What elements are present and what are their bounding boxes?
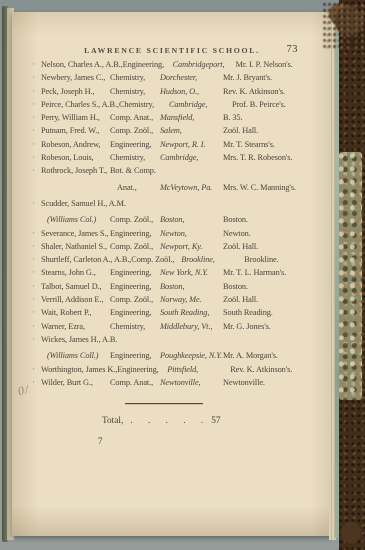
pencil-checkmark: · — [32, 376, 41, 389]
entry-field: Engineering, — [110, 266, 160, 279]
entry-place: New York, N.Y. — [160, 266, 223, 279]
roster-entry: · Verrill, Addison E., Comp. Zoöl., Norw… — [32, 293, 324, 306]
entry-residence: Rev. K. Atkinson's. — [230, 363, 324, 376]
entry-name: Robeson, Andrew, — [41, 138, 110, 151]
entry-place: Newton, — [160, 227, 223, 240]
entry-place: Hudson, O., — [160, 85, 223, 98]
entry-field: Anat., — [110, 181, 160, 194]
roster-entry: · Perry, William H., Comp. Anat., Mansfi… — [32, 111, 324, 124]
entry-residence: Newtonville. — [223, 376, 324, 389]
pencil-checkmark: · — [32, 85, 41, 98]
worn-cover-bottom-corner — [340, 519, 364, 549]
roster-entry: · Severance, James S., Engineering, Newt… — [32, 227, 324, 240]
student-roster: · Nelson, Charles A., A.B., Engineering,… — [32, 58, 324, 389]
entry-name: Robeson, Louis, — [41, 151, 110, 164]
entry-residence: Boston. — [223, 213, 324, 226]
entry-residence: Newton. — [223, 227, 324, 240]
entry-field: Chemistry, — [119, 98, 169, 111]
entry-residence: Mr. I. P. Nelson's. — [236, 58, 324, 71]
entry-name: Talbot, Samuel D., — [41, 280, 110, 293]
entry-name: (Williams Coll.) — [41, 349, 110, 362]
roster-entry: · Wilder, Burt G., Comp. Anat., Newtonvi… — [32, 376, 324, 389]
roster-entry: · Shurtleff, Carleton A., A.B., Comp. Zo… — [32, 253, 324, 266]
entry-place: Boston, — [160, 213, 223, 226]
entry-residence: Boston. — [223, 280, 324, 293]
entry-name: Wilder, Burt G., — [41, 376, 110, 389]
roster-entry: · Talbot, Samuel D., Engineering, Boston… — [32, 280, 324, 293]
pencil-checkmark — [32, 213, 41, 226]
leather-speckle-texture — [323, 2, 365, 50]
entry-name: Verrill, Addison E., — [41, 293, 110, 306]
roster-entry: · Stearns, John G., Engineering, New Yor… — [32, 266, 324, 279]
roster-entry: · Rothrock, Joseph T., Bot. & Comp. — [32, 164, 324, 177]
entry-place: Boston, — [160, 280, 223, 293]
entry-name: Nelson, Charles A., A.B., — [41, 58, 123, 71]
entry-place: Brookline, — [181, 253, 244, 266]
entry-residence: Zoöl. Hall. — [223, 240, 324, 253]
entry-field: Comp. Zoöl., — [110, 124, 160, 137]
roster-entry: · Warner, Ezra, Chemistry, Middlebury, V… — [32, 320, 324, 333]
roster-entry: · Putnam, Fred. W., Comp. Zoöl., Salem, … — [32, 124, 324, 137]
entry-field — [117, 333, 167, 346]
entry-field: Engineering, — [110, 349, 160, 362]
pencil-checkmark: · — [32, 151, 41, 164]
entry-name: Wait, Robert P., — [41, 306, 110, 319]
entry-residence: Mr. T. L. Harman's. — [223, 266, 324, 279]
entry-place: Poughkeepsie, N.Y. — [160, 349, 223, 362]
roster-entry: · Robeson, Andrew, Engineering, Newport,… — [32, 138, 324, 151]
entry-place: Dorchester, — [160, 71, 223, 84]
page-number: 73 — [287, 44, 299, 55]
entry-place: Salem, — [160, 124, 223, 137]
entry-place: Mansfield, — [160, 111, 223, 124]
entry-field: Chemistry, — [110, 151, 160, 164]
entry-place: Cambridgeport, — [173, 58, 236, 71]
entry-name: Warner, Ezra, — [41, 320, 110, 333]
pencil-checkmark: · — [32, 227, 41, 240]
total-rule — [125, 403, 203, 404]
pencil-checkmark: · — [32, 363, 41, 376]
entry-place: South Reading, — [160, 306, 223, 319]
entry-residence: Zoöl. Hall. — [223, 293, 324, 306]
entry-field: Chemistry, — [110, 71, 160, 84]
entry-place: Norway, Me. — [160, 293, 223, 306]
entry-name: Stearns, John G., — [41, 266, 110, 279]
entry-residence: Prof. B. Peirce's. — [232, 98, 324, 111]
entry-place: McVeytown, Pa. — [160, 181, 223, 194]
entry-name: Severance, James S., — [41, 227, 110, 240]
book-cover-right-edge — [339, 0, 365, 550]
pencil-checkmark: · — [32, 197, 41, 210]
entry-place: Newport, R. I. — [160, 138, 223, 151]
pencil-checkmark: · — [32, 320, 41, 333]
entry-name — [41, 181, 110, 194]
roster-entry: · Wickes, James H., A.B. — [32, 333, 324, 346]
roster-entry: · Wait, Robert P., Engineering, South Re… — [32, 306, 324, 319]
entry-residence: South Reading. — [223, 306, 324, 319]
pencil-checkmark: · — [32, 124, 41, 137]
roster-entry: (Williams Col.) Comp. Zoöl., Boston, Bos… — [32, 213, 324, 226]
worn-cover-corner — [323, 2, 365, 50]
entry-residence: B. 35. — [223, 111, 324, 124]
pencil-checkmark: · — [32, 58, 41, 71]
handwritten-pencil-note: 0/ — [16, 382, 31, 399]
entry-name: Perry, William H., — [41, 111, 110, 124]
entry-field: Bot. & Comp. — [110, 164, 160, 177]
entry-residence — [223, 164, 324, 177]
entry-field: Engineering, — [110, 227, 160, 240]
entry-name: Wickes, James H., A.B. — [41, 333, 117, 346]
scan-background: LAWRENCE SCIENTIFIC SCHOOL. 73 · Nelson,… — [0, 0, 365, 550]
pencil-checkmark: · — [32, 293, 41, 306]
entry-field: Comp. Zoöl., — [110, 293, 160, 306]
dot-leader: . . . . . — [123, 416, 211, 426]
roster-entry: · Shaler, Nathaniel S., Comp. Zoöl., New… — [32, 240, 324, 253]
entry-residence: Mr. G. Jones's. — [223, 320, 324, 333]
entry-field: Engineering, — [110, 280, 160, 293]
running-title: LAWRENCE SCIENTIFIC SCHOOL. — [12, 46, 332, 55]
entry-residence: Zoöl. Hall. — [223, 124, 324, 137]
pencil-checkmark: · — [32, 164, 41, 177]
roster-entry: · Scudder, Samuel H., A.M. — [32, 197, 324, 210]
entry-place: Pittsfield, — [167, 363, 230, 376]
entry-place — [176, 197, 239, 210]
pencil-checkmark: · — [32, 306, 41, 319]
entry-place: Cambridge, — [169, 98, 232, 111]
entry-name: Peirce, Charles S., A.B., — [41, 98, 119, 111]
entry-name: Shaler, Nathaniel S., — [41, 240, 110, 253]
roster-entry: · Peck, Joseph H., Chemistry, Hudson, O.… — [32, 85, 324, 98]
roster-entry: (Williams Coll.) Engineering, Poughkeeps… — [32, 349, 324, 362]
entry-field: Chemistry, — [110, 320, 160, 333]
roster-entry: Anat., McVeytown, Pa. Mrs. W. C. Manning… — [32, 181, 324, 194]
entry-name: (Williams Col.) — [41, 213, 110, 226]
entry-field: Comp. Anat., — [110, 376, 160, 389]
entry-residence: Mr. T. Stearns's. — [223, 138, 324, 151]
pencil-checkmark: · — [32, 253, 41, 266]
pencil-checkmark: · — [32, 333, 41, 346]
entry-residence: Mr. A. Morgan's. — [223, 349, 324, 362]
entry-residence: Mrs. W. C. Manning's. — [223, 181, 324, 194]
entry-name: Putnam, Fred. W., — [41, 124, 110, 137]
roster-entry: · Robeson, Louis, Chemistry, Cambridge, … — [32, 151, 324, 164]
book-page: LAWRENCE SCIENTIFIC SCHOOL. 73 · Nelson,… — [12, 12, 332, 536]
entry-place — [167, 333, 230, 346]
marbled-paper-texture — [339, 152, 362, 400]
entry-residence — [230, 333, 324, 346]
entry-field: Engineering, — [110, 138, 160, 151]
total-label: Total, — [102, 416, 123, 426]
pencil-checkmark: · — [32, 138, 41, 151]
total-value: 57 — [211, 416, 220, 426]
signature-mark: 7 — [98, 436, 103, 446]
roster-entry: · Worthington, James K., Engineering, Pi… — [32, 363, 324, 376]
pencil-checkmark: · — [32, 240, 41, 253]
pencil-checkmark: · — [32, 280, 41, 293]
entry-field: Comp. Zoöl., — [110, 240, 160, 253]
entry-field: Engineering, — [110, 306, 160, 319]
entry-name: Worthington, James K., — [41, 363, 117, 376]
entry-field: Comp. Zoöl., — [110, 213, 160, 226]
entry-field: Engineering, — [123, 58, 173, 71]
pencil-checkmark: · — [32, 266, 41, 279]
entry-residence: Mrs. T. R. Robeson's. — [223, 151, 324, 164]
pencil-checkmark: · — [32, 111, 41, 124]
entry-residence: Mr. J. Bryant's. — [223, 71, 324, 84]
total-line: Total, . . . . . 57 — [102, 416, 221, 426]
roster-entry: · Nelson, Charles A., A.B., Engineering,… — [32, 58, 324, 71]
pencil-checkmark: · — [32, 71, 41, 84]
entry-place: Cambridge, — [160, 151, 223, 164]
entry-residence — [239, 197, 324, 210]
entry-name: Peck, Joseph H., — [41, 85, 110, 98]
entry-place: Newport, Ky. — [160, 240, 223, 253]
pencil-checkmark — [32, 181, 41, 194]
entry-residence: Brookline. — [244, 253, 324, 266]
entry-place: Middlebury, Vt., — [160, 320, 223, 333]
entry-field: Chemistry, — [110, 85, 160, 98]
entry-field: Comp. Anat., — [110, 111, 160, 124]
roster-entry: · Peirce, Charles S., A.B., Chemistry, C… — [32, 98, 324, 111]
entry-residence: Rev. K. Atkinson's. — [223, 85, 324, 98]
entry-name: Scudder, Samuel H., A.M. — [41, 197, 126, 210]
entry-field: Engineering, — [117, 363, 167, 376]
entry-name: Shurtleff, Carleton A., A.B., — [41, 253, 131, 266]
roster-entry: · Newbery, James C., Chemistry, Dorchest… — [32, 71, 324, 84]
pencil-checkmark: · — [32, 98, 41, 111]
entry-name: Rothrock, Joseph T., — [41, 164, 110, 177]
entry-field — [126, 197, 176, 210]
entry-field: Comp. Zoöl., — [131, 253, 181, 266]
entry-place — [160, 164, 223, 177]
entry-name: Newbery, James C., — [41, 71, 110, 84]
pencil-checkmark — [32, 349, 41, 362]
entry-place: Newtonville, — [160, 376, 223, 389]
